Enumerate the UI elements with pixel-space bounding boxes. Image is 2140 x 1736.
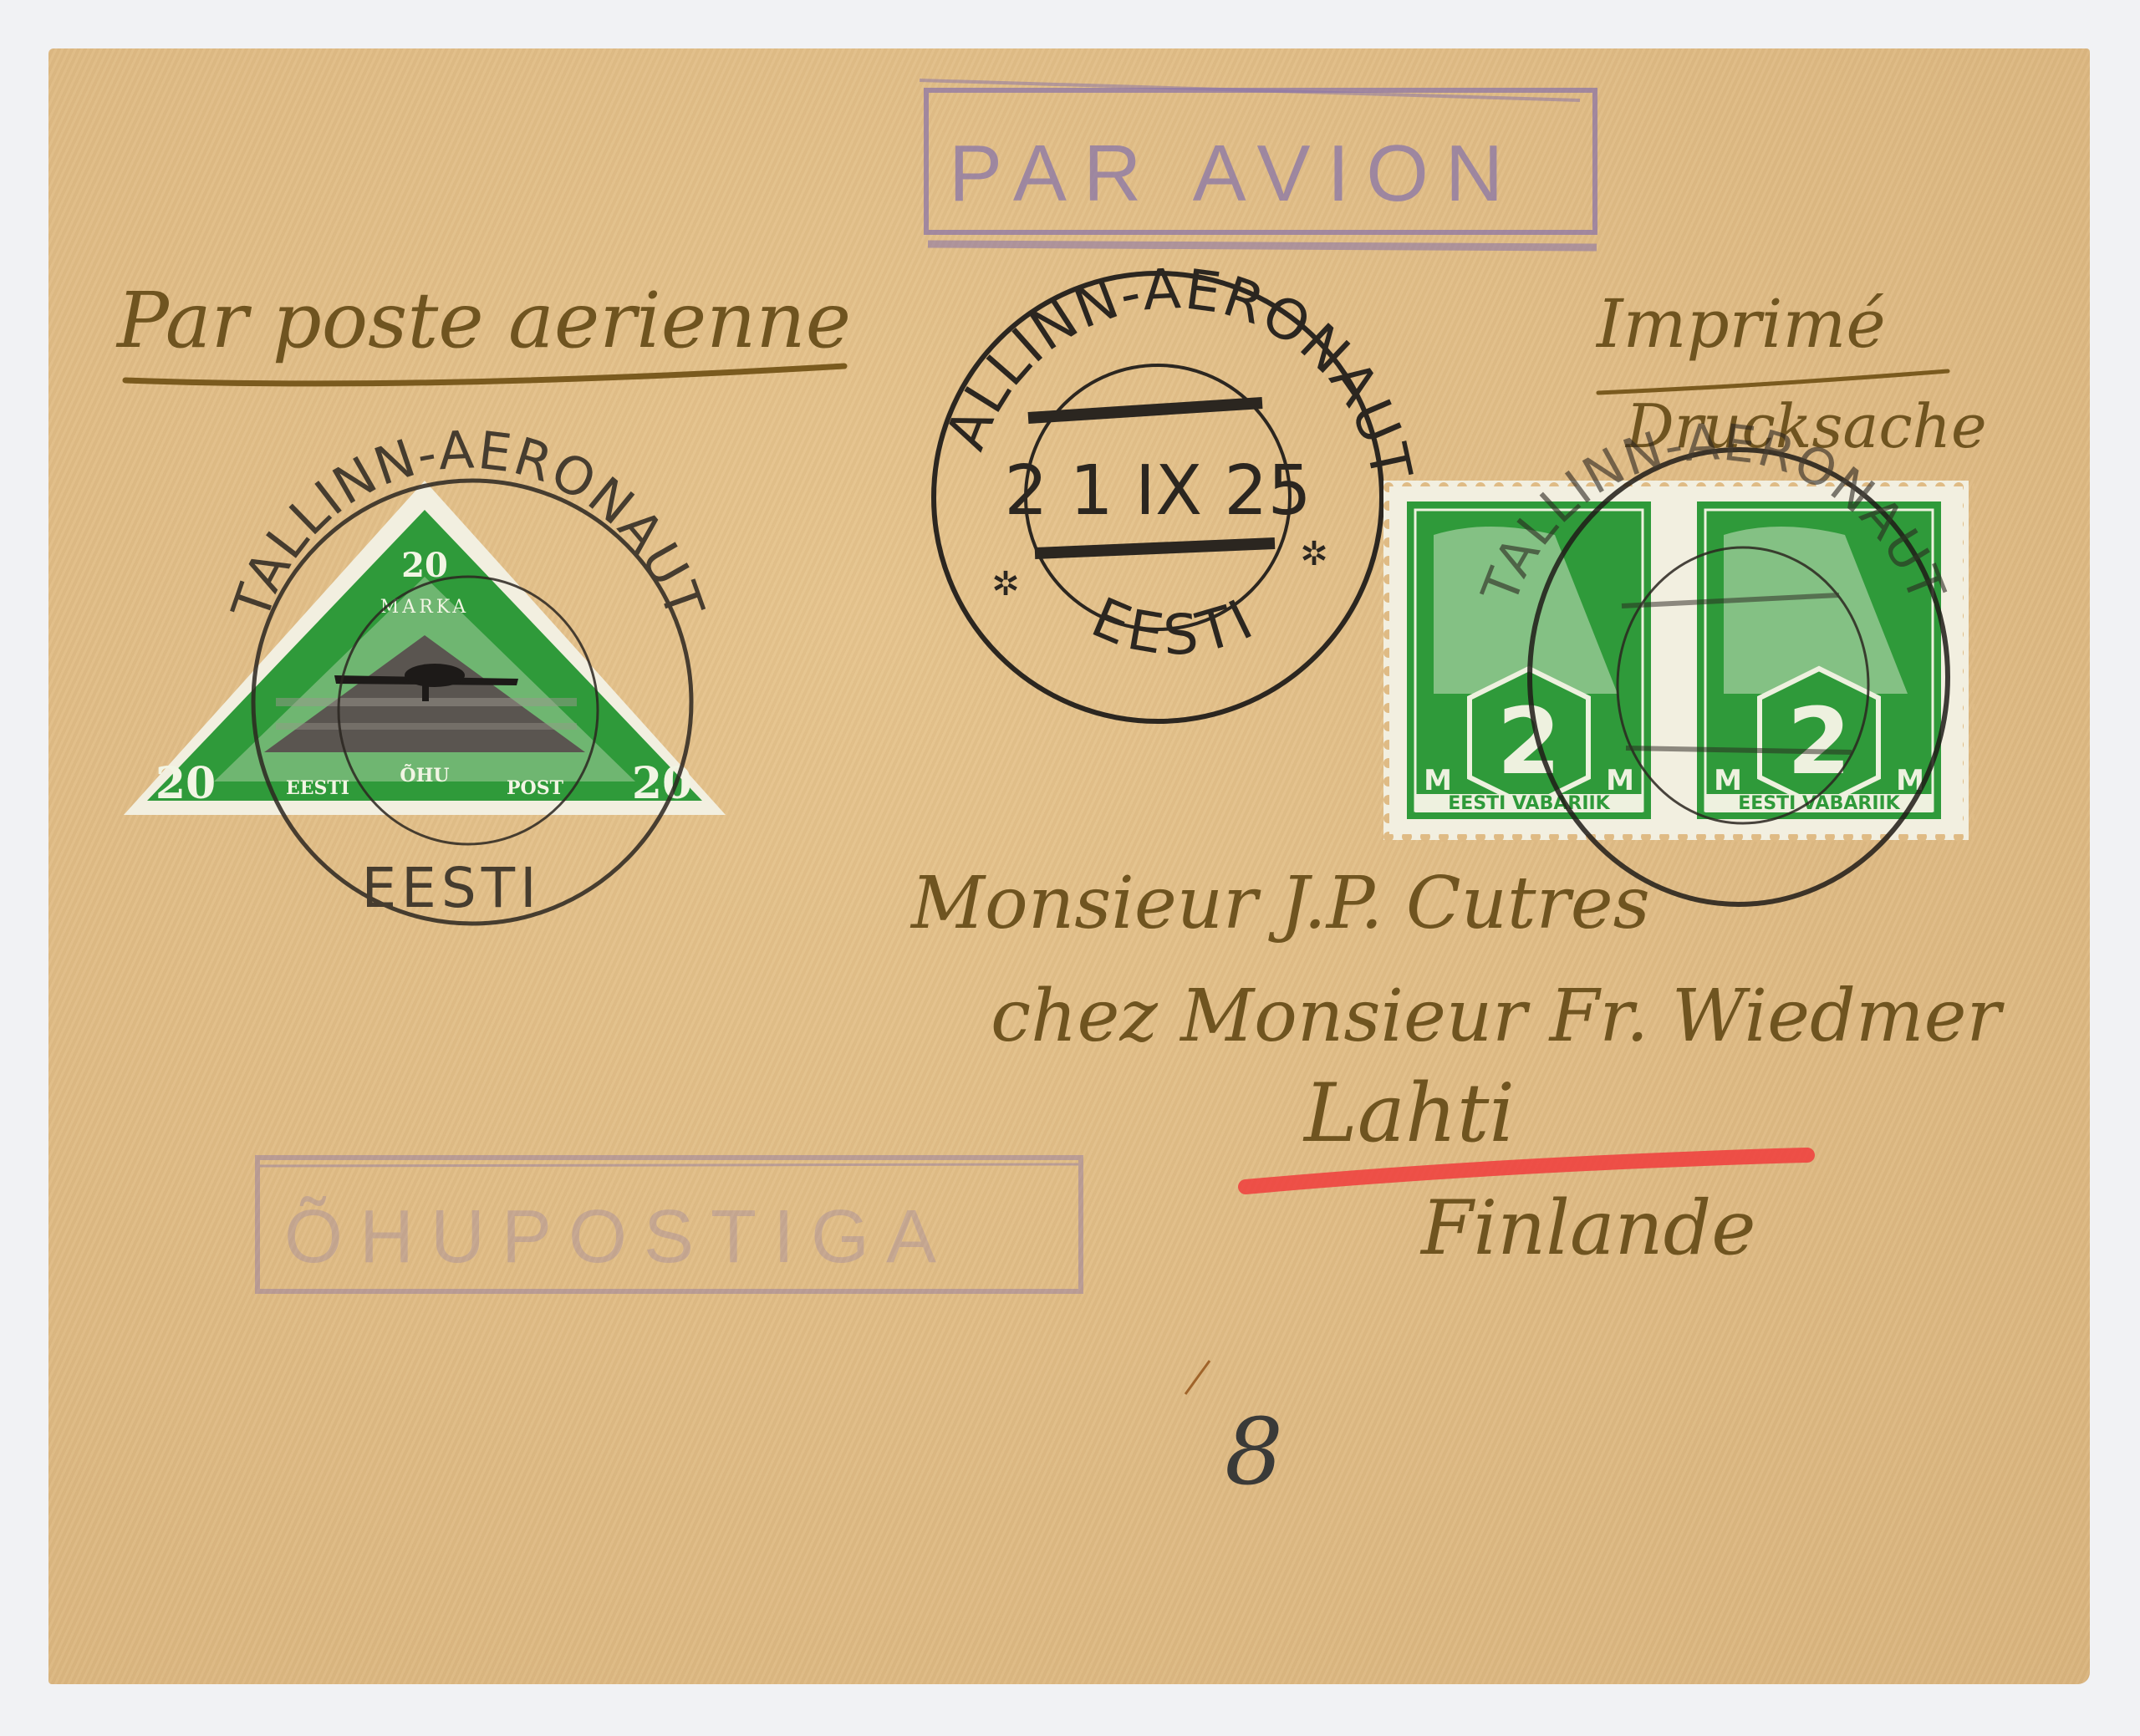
ohupostiga-text: ÕHUPOSTIGA <box>284 1195 953 1279</box>
svg-text:EESTI: EESTI <box>1083 585 1266 668</box>
postmark-bottom-text: EESTI <box>1083 585 1266 668</box>
address-line-3: Lahti <box>1302 1067 1515 1160</box>
pencil-number: 8 <box>1225 1398 1283 1505</box>
ohupostiga-cachet: ÕHUPOSTIGA <box>257 1158 1081 1291</box>
triangle-eesti-label: EESTI <box>286 777 349 799</box>
triangle-ohu-label: ÕHU <box>400 764 449 787</box>
stamp-right-value: 2 <box>1787 688 1852 795</box>
pencil-note: 8 <box>1185 1361 1283 1505</box>
triangle-left-value: 20 <box>155 758 216 809</box>
stamp-left-label: EESTI VABARIIK <box>1448 793 1610 814</box>
stamp-left-currency-l: M <box>1424 764 1452 797</box>
postmark-left-bottom-text: EESTI <box>361 856 541 920</box>
svg-text:✲: ✲ <box>1300 535 1328 573</box>
address-block: Monsieur J.P. Cutres chez Monsieur Fr. W… <box>909 862 2005 1272</box>
postmark-date: 2 1 IX 25 <box>1004 451 1311 531</box>
handwritten-service-note: Par poste aerienne <box>115 276 851 384</box>
address-line-4: Finlande <box>1419 1184 1755 1272</box>
triangle-post-label: POST <box>507 777 564 799</box>
address-line-1: Monsieur J.P. Cutres <box>909 862 1650 945</box>
par-avion-cachet: PAR AVION <box>920 80 1597 247</box>
cover-artwork: PAR AVION ÕHUPOSTIGA Par poste aerienne … <box>0 0 2140 1736</box>
service-note-text: Par poste aerienne <box>115 276 851 365</box>
imprime-text: Imprimé <box>1595 285 1886 363</box>
par-avion-text: PAR AVION <box>949 129 1520 218</box>
stamp-right-currency-l: M <box>1714 764 1742 797</box>
svg-text:✲: ✲ <box>991 565 1020 603</box>
address-line-2: chez Monsieur Fr. Wiedmer <box>991 975 2005 1058</box>
stamp-left-currency-r: M <box>1606 764 1634 797</box>
